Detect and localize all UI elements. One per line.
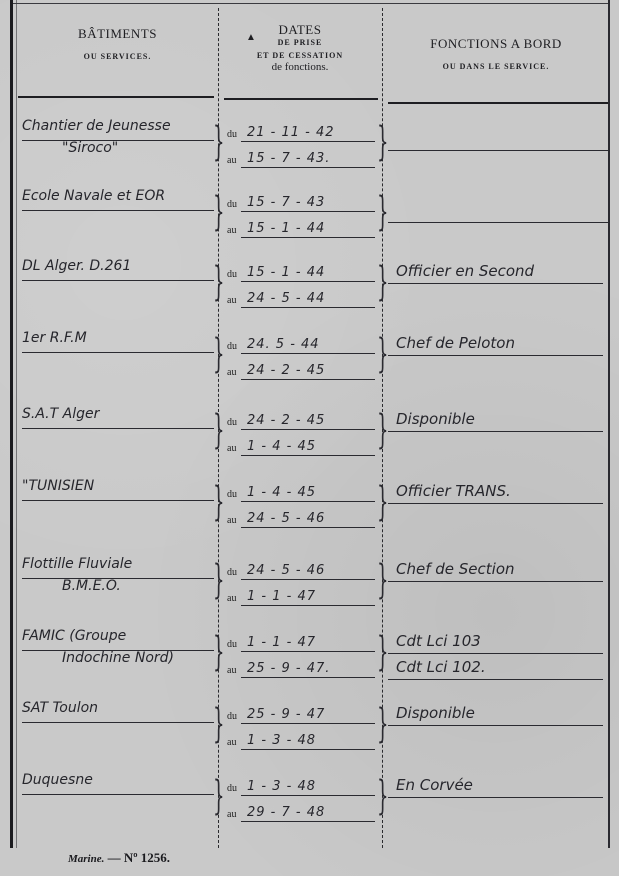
date-du-field: du1 - 3 - 48 bbox=[225, 776, 375, 796]
header-batiments-subtitle: OU SERVICES. bbox=[20, 52, 215, 62]
header-rule-1 bbox=[18, 96, 214, 98]
date-underline bbox=[241, 455, 375, 456]
date-au-value: 24 - 2 - 45 bbox=[247, 363, 325, 378]
batiment-underline bbox=[22, 578, 214, 579]
date-au-field: au15 - 1 - 44 bbox=[225, 218, 375, 238]
brace-right: } bbox=[377, 262, 388, 302]
date-du-value: 24 - 2 - 45 bbox=[247, 413, 325, 428]
date-underline bbox=[241, 677, 375, 678]
batiment-underline bbox=[22, 352, 214, 353]
date-underline bbox=[241, 353, 375, 354]
date-du-value: 15 - 1 - 44 bbox=[247, 265, 325, 280]
header-dates: DATES DE PRISE ET DE CESSATION de foncti… bbox=[220, 22, 380, 74]
fonction-underline bbox=[388, 581, 603, 582]
date-du-field: du24. 5 - 44 bbox=[225, 334, 375, 354]
date-underline bbox=[241, 527, 375, 528]
date-au-label: au bbox=[227, 155, 236, 166]
batiment-underline bbox=[22, 500, 214, 501]
brace-right: } bbox=[377, 122, 388, 162]
header-dates-title: DATES bbox=[220, 22, 380, 38]
date-underline bbox=[241, 281, 375, 282]
batiment-underline bbox=[22, 794, 214, 795]
fonction-cell: Chef de Section bbox=[388, 556, 603, 582]
fonction-underline bbox=[388, 283, 603, 284]
fonction-cell: Cdt Lci 102. bbox=[388, 654, 603, 680]
date-au-value: 15 - 1 - 44 bbox=[247, 221, 325, 236]
date-au-label: au bbox=[227, 225, 236, 236]
fonction-cell: Officier TRANS. bbox=[388, 478, 603, 504]
date-au-value: 24 - 5 - 44 bbox=[247, 291, 325, 306]
brace-left: } bbox=[213, 122, 224, 162]
date-au-field: au24 - 5 - 44 bbox=[225, 288, 375, 308]
brace-right: } bbox=[377, 776, 388, 816]
batiment-underline bbox=[22, 280, 214, 281]
date-underline bbox=[241, 579, 375, 580]
fonction-text: Officier TRANS. bbox=[396, 482, 511, 500]
fonction-underline bbox=[388, 355, 603, 356]
date-du-label: du bbox=[227, 489, 237, 500]
brace-left: } bbox=[213, 632, 224, 672]
header-dates-line4: de fonctions. bbox=[220, 61, 380, 74]
date-au-label: au bbox=[227, 809, 236, 820]
fonction-cell: Officier en Second bbox=[388, 258, 603, 284]
date-du-label: du bbox=[227, 567, 237, 578]
date-au-value: 1 - 4 - 45 bbox=[247, 439, 316, 454]
header-fonctions-subtitle: OU DANS LE SERVICE. bbox=[386, 62, 606, 72]
fonction-text: Disponible bbox=[396, 410, 475, 428]
fonction-underline bbox=[388, 503, 603, 504]
date-du-value: 24. 5 - 44 bbox=[247, 337, 320, 352]
date-du-value: 1 - 3 - 48 bbox=[247, 779, 316, 794]
date-underline bbox=[241, 167, 375, 168]
date-du-label: du bbox=[227, 341, 237, 352]
brace-left: } bbox=[213, 410, 224, 450]
fonction-rule-empty-2 bbox=[388, 222, 610, 223]
date-au-field: au1 - 1 - 47 bbox=[225, 586, 375, 606]
date-du-value: 25 - 9 - 47 bbox=[247, 707, 325, 722]
brace-left: } bbox=[213, 560, 224, 600]
date-underline bbox=[241, 429, 375, 430]
date-du-value: 1 - 1 - 47 bbox=[247, 635, 316, 650]
fonction-text: Chef de Peloton bbox=[396, 334, 515, 352]
date-du-label: du bbox=[227, 417, 237, 428]
header-rule-3 bbox=[388, 102, 608, 104]
date-du-value: 24 - 5 - 46 bbox=[247, 563, 325, 578]
date-au-label: au bbox=[227, 295, 236, 306]
date-au-value: 24 - 5 - 46 bbox=[247, 511, 325, 526]
date-du-label: du bbox=[227, 269, 237, 280]
header-rule-2 bbox=[224, 98, 378, 100]
date-du-field: du15 - 7 - 43 bbox=[225, 192, 375, 212]
brace-left: } bbox=[213, 704, 224, 744]
brace-right: } bbox=[377, 334, 388, 374]
date-au-label: au bbox=[227, 367, 236, 378]
brace-right: } bbox=[377, 632, 388, 672]
date-du-field: du15 - 1 - 44 bbox=[225, 262, 375, 282]
date-du-field: du24 - 5 - 46 bbox=[225, 560, 375, 580]
brace-left: } bbox=[213, 482, 224, 522]
batiment-text: S.A.T Alger bbox=[22, 406, 99, 422]
fonction-cell: Disponible bbox=[388, 700, 603, 726]
date-du-field: du25 - 9 - 47 bbox=[225, 704, 375, 724]
brace-right: } bbox=[377, 560, 388, 600]
batiment-text: "Siroco" bbox=[62, 140, 118, 156]
header-fonctions: FONCTIONS A BORD OU DANS LE SERVICE. bbox=[386, 36, 606, 71]
date-underline bbox=[241, 605, 375, 606]
right-border bbox=[608, 0, 610, 848]
brace-right: } bbox=[377, 704, 388, 744]
header-batiments: BÂTIMENTS OU SERVICES. bbox=[20, 26, 215, 61]
date-du-value: 15 - 7 - 43 bbox=[247, 195, 325, 210]
fonction-underline bbox=[388, 797, 603, 798]
date-du-value: 21 - 11 - 42 bbox=[247, 125, 335, 140]
date-au-field: au15 - 7 - 43. bbox=[225, 148, 375, 168]
brace-left: } bbox=[213, 334, 224, 374]
date-du-label: du bbox=[227, 639, 237, 650]
date-du-label: du bbox=[227, 783, 237, 794]
batiment-text: B.M.E.O. bbox=[62, 578, 121, 594]
batiment-text: DL Alger. D.261 bbox=[22, 258, 131, 274]
footer-number: — Nº 1256. bbox=[108, 850, 170, 865]
fonction-text: En Corvée bbox=[396, 776, 473, 794]
fonction-underline bbox=[388, 679, 603, 680]
date-underline bbox=[241, 211, 375, 212]
fonction-underline bbox=[388, 431, 603, 432]
left-border bbox=[10, 0, 13, 848]
date-au-field: au24 - 5 - 46 bbox=[225, 508, 375, 528]
fonction-text: Cdt Lci 103 bbox=[396, 632, 481, 650]
brace-right: } bbox=[377, 192, 388, 232]
service-record-page: BÂTIMENTS OU SERVICES. ▲ DATES DE PRISE … bbox=[0, 0, 619, 876]
date-au-field: au1 - 3 - 48 bbox=[225, 730, 375, 750]
date-au-value: 25 - 9 - 47. bbox=[247, 661, 330, 676]
date-underline bbox=[241, 651, 375, 652]
header-dates-line2: DE PRISE bbox=[220, 38, 380, 48]
brace-right: } bbox=[377, 482, 388, 522]
date-du-field: du1 - 1 - 47 bbox=[225, 632, 375, 652]
date-au-label: au bbox=[227, 593, 236, 604]
header-dates-line3: ET DE CESSATION bbox=[220, 51, 380, 61]
date-au-field: au25 - 9 - 47. bbox=[225, 658, 375, 678]
date-underline bbox=[241, 237, 375, 238]
fonction-text: Officier en Second bbox=[396, 262, 534, 280]
date-au-field: au24 - 2 - 45 bbox=[225, 360, 375, 380]
date-underline bbox=[241, 821, 375, 822]
batiment-underline bbox=[22, 140, 214, 141]
batiment-text: Flottille Fluviale bbox=[22, 556, 132, 572]
date-du-label: du bbox=[227, 129, 237, 140]
fonction-text: Chef de Section bbox=[396, 560, 515, 578]
date-au-label: au bbox=[227, 443, 236, 454]
batiment-text: Duquesne bbox=[22, 772, 93, 788]
fonction-rule-empty-1 bbox=[388, 150, 610, 151]
brace-left: } bbox=[213, 262, 224, 302]
date-underline bbox=[241, 749, 375, 750]
batiment-text: "TUNISIEN bbox=[22, 478, 94, 494]
date-underline bbox=[241, 723, 375, 724]
batiment-text: Indochine Nord) bbox=[62, 650, 174, 666]
date-du-label: du bbox=[227, 199, 237, 210]
fonction-cell: Cdt Lci 103 bbox=[388, 628, 603, 654]
date-underline bbox=[241, 307, 375, 308]
date-au-label: au bbox=[227, 737, 236, 748]
date-au-value: 1 - 3 - 48 bbox=[247, 733, 316, 748]
fonction-cell: Disponible bbox=[388, 406, 603, 432]
fonction-cell: Chef de Peloton bbox=[388, 330, 603, 356]
form-footer: Marine. — Nº 1256. bbox=[68, 850, 170, 866]
date-du-field: du1 - 4 - 45 bbox=[225, 482, 375, 502]
batiment-text: Chantier de Jeunesse bbox=[22, 118, 171, 134]
date-du-field: du21 - 11 - 42 bbox=[225, 122, 375, 142]
fonction-cell: En Corvée bbox=[388, 772, 603, 798]
batiment-underline bbox=[22, 722, 214, 723]
fonction-text: Disponible bbox=[396, 704, 475, 722]
date-du-label: du bbox=[227, 711, 237, 722]
fonction-underline bbox=[388, 725, 603, 726]
date-au-label: au bbox=[227, 665, 236, 676]
date-au-label: au bbox=[227, 515, 236, 526]
left-border-inner bbox=[16, 0, 17, 848]
batiment-text: 1er R.F.M bbox=[22, 330, 87, 346]
brace-left: } bbox=[213, 192, 224, 232]
date-underline bbox=[241, 379, 375, 380]
footer-marine: Marine. bbox=[68, 853, 104, 865]
date-au-value: 29 - 7 - 48 bbox=[247, 805, 325, 820]
date-underline bbox=[241, 501, 375, 502]
date-au-field: au1 - 4 - 45 bbox=[225, 436, 375, 456]
date-du-value: 1 - 4 - 45 bbox=[247, 485, 316, 500]
batiment-text: SAT Toulon bbox=[22, 700, 98, 716]
batiment-underline bbox=[22, 210, 214, 211]
date-au-value: 1 - 1 - 47 bbox=[247, 589, 316, 604]
batiment-underline bbox=[22, 650, 214, 651]
date-au-value: 15 - 7 - 43. bbox=[247, 151, 330, 166]
brace-right: } bbox=[377, 410, 388, 450]
date-underline bbox=[241, 141, 375, 142]
brace-left: } bbox=[213, 776, 224, 816]
batiment-text: FAMIC (Groupe bbox=[22, 628, 126, 644]
batiment-text: Ecole Navale et EOR bbox=[22, 188, 165, 204]
header-fonctions-title: FONCTIONS A BORD bbox=[386, 36, 606, 52]
date-underline bbox=[241, 795, 375, 796]
fonction-text: Cdt Lci 102. bbox=[396, 658, 486, 676]
top-border bbox=[12, 3, 610, 4]
date-du-field: du24 - 2 - 45 bbox=[225, 410, 375, 430]
batiment-underline bbox=[22, 428, 214, 429]
date-au-field: au29 - 7 - 48 bbox=[225, 802, 375, 822]
header-batiments-title: BÂTIMENTS bbox=[20, 26, 215, 42]
